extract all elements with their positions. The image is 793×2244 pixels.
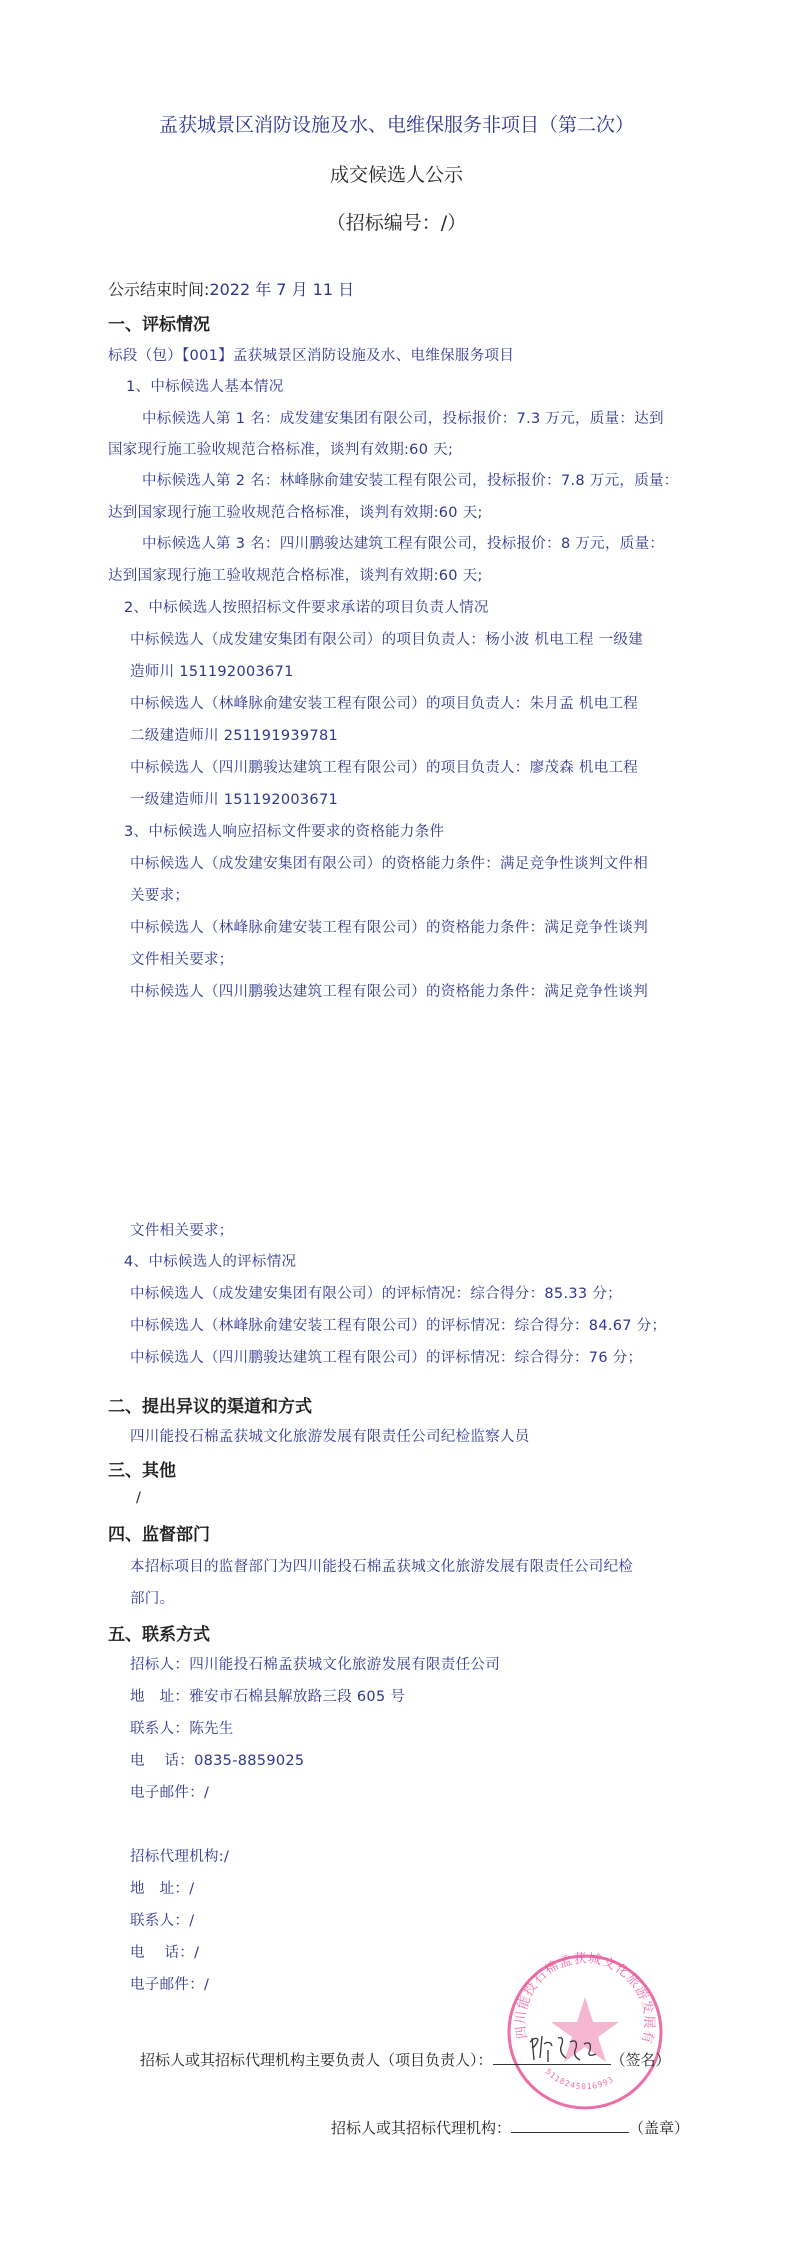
section4-heading: 四、监督部门 — [108, 1520, 210, 1545]
candidate-1-line1: 中标候选人第 1 名：成发建安集团有限公司，投标报价：7.3 万元，质量：达到 — [142, 407, 664, 428]
sub4-heading: 4、中标候选人的评标情况 — [124, 1250, 296, 1271]
sub1-heading: 1、中标候选人基本情况 — [126, 375, 284, 396]
objection-channel: 四川能投石棉孟获城文化旅游发展有限责任公司纪检监察人员 — [130, 1425, 530, 1446]
sub3-heading: 3、中标候选人响应招标文件要求的资格能力条件 — [124, 820, 444, 841]
seal-field[interactable] — [511, 2116, 629, 2133]
score-3: 中标候选人（四川鹏骏达建筑工程有限公司）的评标情况：综合得分：76 分； — [130, 1346, 642, 1367]
section1-heading: 一、评标情况 — [108, 310, 210, 335]
tenderer-name: 招标人：四川能投石棉孟获城文化旅游发展有限责任公司 — [130, 1653, 500, 1674]
notice-end-label: 公示结束时间: — [108, 280, 209, 299]
candidate-1-line2: 国家现行施工验收规范合格标准，谈判有效期:60 天; — [108, 438, 453, 459]
candidate-2-line1: 中标候选人第 2 名：林峰脉俞建安装工程有限公司，投标报价：7.8 万元，质量： — [142, 469, 679, 490]
agency-name: 招标代理机构:/ — [130, 1845, 229, 1866]
seal-code: 5118245016993 — [544, 2067, 616, 2091]
seal-suffix: （盖章） — [629, 2119, 689, 2137]
score-1: 中标候选人（成发建安集团有限公司）的评标情况：综合得分：85.33 分； — [130, 1282, 622, 1303]
responsible-label: 招标人或其招标代理机构主要负责人（项目负责人）： — [140, 2051, 493, 2069]
org-label: 招标人或其招标代理机构： — [331, 2119, 511, 2137]
document-title: 孟获城景区消防设施及水、电维保服务非项目（第二次） — [0, 110, 793, 137]
tenderer-email: 电子邮件：/ — [130, 1781, 209, 1802]
notice-end-value: 2022 年 7 月 11 日 — [209, 280, 354, 299]
tenderer-address: 地 址：雅安市石棉县解放路三段 605 号 — [130, 1685, 405, 1706]
agency-contact: 联系人：/ — [130, 1909, 194, 1930]
qualification-1-line2: 关要求； — [130, 884, 189, 905]
qualification-3-line2: 文件相关要求； — [130, 1219, 234, 1240]
tenderer-contact: 联系人：陈先生 — [130, 1717, 234, 1738]
responsible-signature-row: 招标人或其招标代理机构主要负责人（项目负责人）：（签名） — [140, 2048, 671, 2070]
qualification-2-line1: 中标候选人（林峰脉俞建安装工程有限公司）的资格能力条件：满足竞争性谈判 — [130, 916, 648, 937]
manager-3-line1: 中标候选人（四川鹏骏达建筑工程有限公司）的项目负责人：廖茂森 机电工程 — [130, 756, 638, 777]
bid-number: （招标编号：/） — [0, 208, 793, 235]
org-seal-row: 招标人或其招标代理机构：（盖章） — [331, 2116, 689, 2138]
signature-suffix: （签名） — [611, 2051, 671, 2069]
manager-2-line1: 中标候选人（林峰脉俞建安装工程有限公司）的项目负责人：朱月孟 机电工程 — [130, 692, 638, 713]
manager-2-line2: 二级建造师川 251191939781 — [130, 724, 338, 745]
other-text: / — [136, 1490, 141, 1506]
manager-1-line2: 造师川 151192003671 — [130, 660, 294, 681]
agency-phone: 电 话：/ — [130, 1941, 199, 1962]
sub2-heading: 2、中标候选人按照招标文件要求承诺的项目负责人情况 — [124, 596, 489, 617]
lot-line: 标段（包）【001】孟获城景区消防设施及水、电维保服务项目 — [108, 344, 514, 365]
signature-field[interactable] — [493, 2048, 611, 2065]
section2-heading: 二、提出异议的渠道和方式 — [108, 1392, 312, 1417]
qualification-1-line1: 中标候选人（成发建安集团有限公司）的资格能力条件：满足竞争性谈判文件相 — [130, 852, 648, 873]
score-2: 中标候选人（林峰脉俞建安装工程有限公司）的评标情况：综合得分：84.67 分； — [130, 1314, 666, 1335]
supervision-line1: 本招标项目的监督部门为四川能投石棉孟获城文化旅游发展有限责任公司纪检 — [130, 1555, 633, 1576]
qualification-2-line2: 文件相关要求； — [130, 948, 234, 969]
candidate-3-line2: 达到国家现行施工验收规范合格标准，谈判有效期:60 天; — [108, 564, 483, 585]
tenderer-phone: 电 话：0835-8859025 — [130, 1749, 304, 1770]
supervision-line2: 部门。 — [130, 1587, 174, 1608]
section3-heading: 三、其他 — [108, 1456, 176, 1481]
candidate-2-line2: 达到国家现行施工验收规范合格标准，谈判有效期:60 天; — [108, 501, 483, 522]
svg-text:5118245016993: 5118245016993 — [544, 2067, 616, 2091]
qualification-3-line1: 中标候选人（四川鹏骏达建筑工程有限公司）的资格能力条件：满足竞争性谈判 — [130, 980, 648, 1001]
document-subtitle: 成交候选人公示 — [0, 160, 793, 187]
notice-end-time: 公示结束时间:2022 年 7 月 11 日 — [108, 277, 354, 300]
agency-email: 电子邮件：/ — [130, 1973, 209, 1994]
candidate-3-line1: 中标候选人第 3 名：四川鹏骏达建筑工程有限公司，投标报价：8 万元，质量： — [142, 532, 664, 553]
manager-3-line2: 一级建造师川 151192003671 — [130, 788, 338, 809]
section5-heading: 五、联系方式 — [108, 1620, 210, 1645]
manager-1-line1: 中标候选人（成发建安集团有限公司）的项目负责人：杨小波 机电工程 一级建 — [130, 628, 643, 649]
agency-address: 地 址：/ — [130, 1877, 194, 1898]
